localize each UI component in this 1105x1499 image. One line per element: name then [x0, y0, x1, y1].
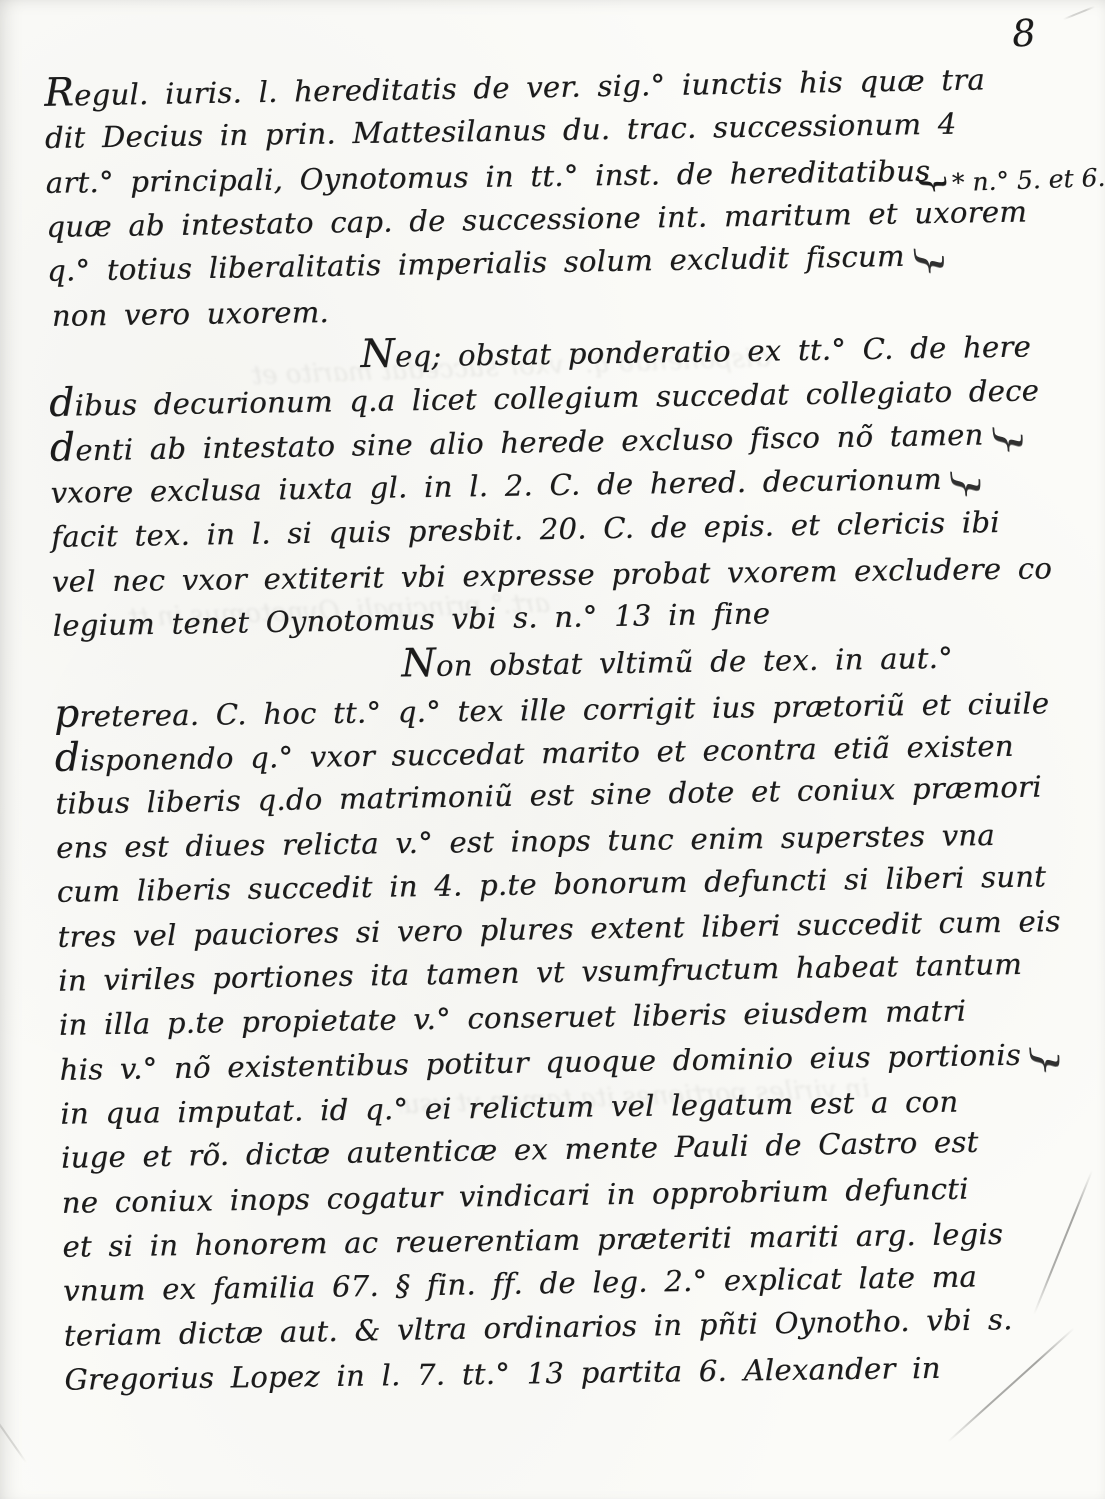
- manuscript-page: 8 disponendo q.° vxor succedat marito et…: [0, 0, 1105, 1499]
- margin-note: * n.° 5. et 6.: [926, 163, 1105, 198]
- manuscript-text-block: Regul. iuris. l. hereditatis de ver. sig…: [44, 58, 1095, 1404]
- scratch-mark: [1063, 6, 1095, 21]
- page-number: 8: [1011, 11, 1037, 56]
- scratch-mark: [0, 1413, 27, 1463]
